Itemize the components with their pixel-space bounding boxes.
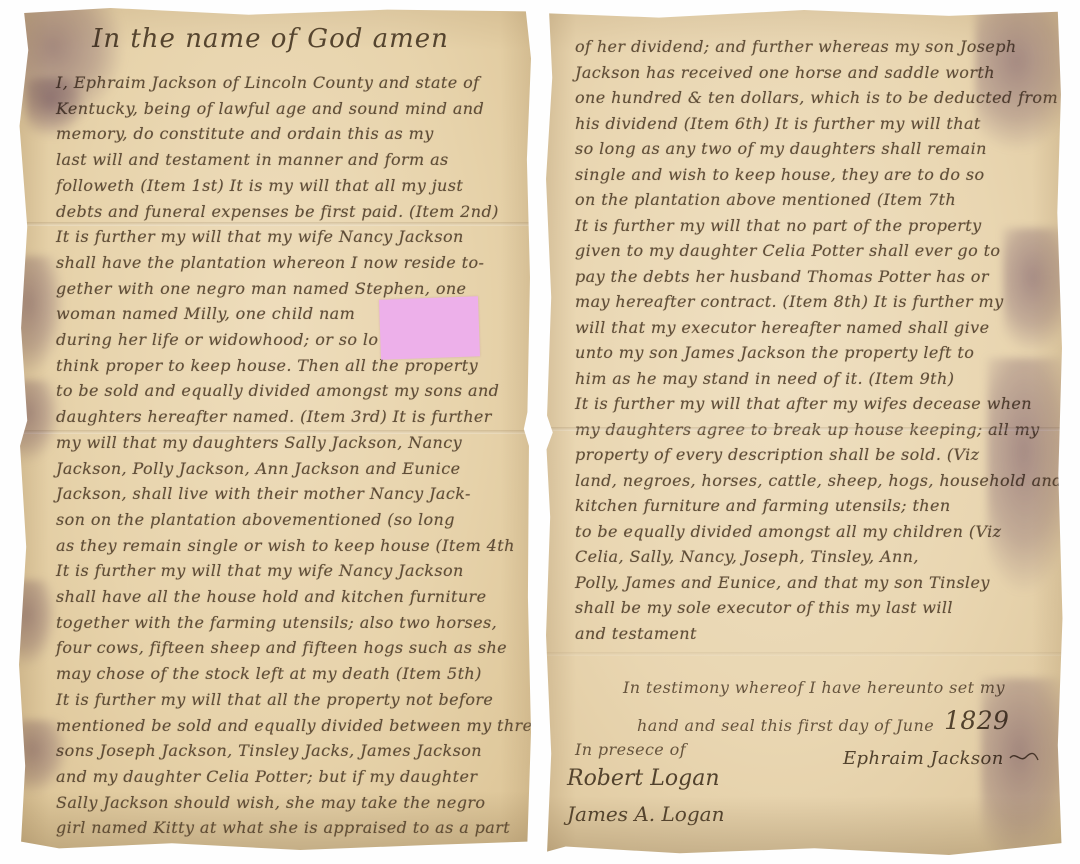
witness-label: In presece of <box>575 740 686 759</box>
testimony-line: In testimony whereof I have hereunto set… <box>623 678 1005 697</box>
handwritten-line: last will and testament in manner and fo… <box>56 147 542 173</box>
will-page-2: of her dividend; and further whereas my … <box>545 10 1063 855</box>
handwritten-line: girl named Kitty at what she is appraise… <box>56 815 542 841</box>
handwritten-line: him as he may stand in need of it. (Item… <box>575 366 1063 392</box>
handwritten-line: so long as any two of my daughters shall… <box>575 136 1063 162</box>
handwritten-line: property of every description shall be s… <box>575 442 1063 468</box>
handwritten-line: Celia, Sally, Nancy, Joseph, Tinsley, An… <box>575 544 1063 570</box>
handwritten-line: single and wish to keep house, they are … <box>575 162 1063 188</box>
testimony-line: hand and seal this first day of June1829 <box>637 706 1009 735</box>
handwritten-line: Kentucky, being of lawful age and sound … <box>56 96 542 122</box>
page-2-text: of her dividend; and further whereas my … <box>575 34 1063 646</box>
page-1-text: I, Ephraim Jackson of Lincoln County and… <box>56 70 542 841</box>
handwritten-line: It is further my will that my wife Nancy… <box>56 558 542 584</box>
witness-signature: James A. Logan <box>567 802 724 826</box>
scan-background: In the name of God amen I, Ephraim Jacks… <box>0 0 1080 864</box>
ink-stain <box>4 256 64 374</box>
handwritten-line: daughters hereafter named. (Item 3rd) It… <box>56 404 542 430</box>
handwritten-line: shall have all the house hold and kitche… <box>56 584 542 610</box>
sticky-note-redaction <box>379 296 480 359</box>
handwritten-line: sons Joseph Jackson, Tinsley Jacks, Jame… <box>56 738 542 764</box>
handwritten-line: It is further my will that all the prope… <box>56 687 542 713</box>
handwritten-line: followeth (Item 1st) It is my will that … <box>56 173 542 199</box>
ink-stain <box>6 580 56 666</box>
handwritten-line: to be equally divided amongst all my chi… <box>575 519 1063 545</box>
handwritten-line: and testament <box>575 621 1063 647</box>
handwritten-line: as they remain single or wish to keep ho… <box>56 533 542 559</box>
handwritten-line: son on the plantation abovementioned (so… <box>56 507 542 533</box>
handwritten-line: on the plantation above mentioned (Item … <box>575 187 1063 213</box>
handwritten-line: his dividend (Item 6th) It is further my… <box>575 111 1063 137</box>
fold-crease <box>545 652 1063 656</box>
handwritten-line: Polly, James and Eunice, and that my son… <box>575 570 1063 596</box>
handwritten-line: memory, do constitute and ordain this as… <box>56 121 542 147</box>
handwritten-line: given to my daughter Celia Potter shall … <box>575 238 1063 264</box>
handwritten-line: shall be my sole executor of this my las… <box>575 595 1063 621</box>
handwritten-line: debts and funeral expenses be first paid… <box>56 199 542 225</box>
handwritten-line: pay the debts her husband Thomas Potter … <box>575 264 1063 290</box>
testator-signature: Ephraim Jackson <box>843 748 1040 769</box>
handwritten-line: and my daughter Celia Potter; but if my … <box>56 764 542 790</box>
handwritten-line: will that my executor hereafter named sh… <box>575 315 1063 341</box>
handwritten-line: may chose of the stock left at my death … <box>56 661 542 687</box>
seal-flourish <box>1008 748 1040 769</box>
witness-signature: Robert Logan <box>567 766 720 791</box>
handwritten-line: my will that my daughters Sally Jackson,… <box>56 430 542 456</box>
handwritten-line: my daughters agree to break up house kee… <box>575 417 1063 443</box>
handwritten-line: kitchen furniture and farming utensils; … <box>575 493 1063 519</box>
handwritten-line: Jackson has received one horse and saddl… <box>575 60 1063 86</box>
handwritten-line: Jackson, Polly Jackson, Ann Jackson and … <box>56 456 542 482</box>
handwritten-line: four cows, fifteen sheep and fifteen hog… <box>56 635 542 661</box>
handwritten-line: Jackson, shall live with their mother Na… <box>56 481 542 507</box>
handwritten-line: one hundred & ten dollars, which is to b… <box>575 85 1063 111</box>
handwritten-line: of her dividend; and further whereas my … <box>575 34 1063 60</box>
handwritten-line: Sally Jackson should wish, she may take … <box>56 790 542 816</box>
document-heading: In the name of God amen <box>48 24 493 54</box>
handwritten-line: shall have the plantation whereon I now … <box>56 250 542 276</box>
handwritten-line: It is further my will that after my wife… <box>575 391 1063 417</box>
handwritten-line: together with the farming utensils; also… <box>56 610 542 636</box>
handwritten-line: mentioned be sold and equally divided be… <box>56 713 542 739</box>
handwritten-line: It is further my will that my wife Nancy… <box>56 224 542 250</box>
handwritten-line: to be sold and equally divided amongst m… <box>56 378 542 404</box>
will-page-1: In the name of God amen I, Ephraim Jacks… <box>18 8 531 850</box>
handwritten-line: I, Ephraim Jackson of Lincoln County and… <box>56 70 542 96</box>
handwritten-line: land, negroes, horses, cattle, sheep, ho… <box>575 468 1063 494</box>
ink-stain <box>4 380 60 462</box>
handwritten-line: may hereafter contract. (Item 8th) It is… <box>575 289 1063 315</box>
document-year: 1829 <box>944 706 1009 735</box>
testimony-text: hand and seal this first day of June <box>637 716 934 735</box>
handwritten-line: unto my son James Jackson the property l… <box>575 340 1063 366</box>
signature-text: Ephraim Jackson <box>843 748 1004 769</box>
handwritten-line: It is further my will that no part of th… <box>575 213 1063 239</box>
